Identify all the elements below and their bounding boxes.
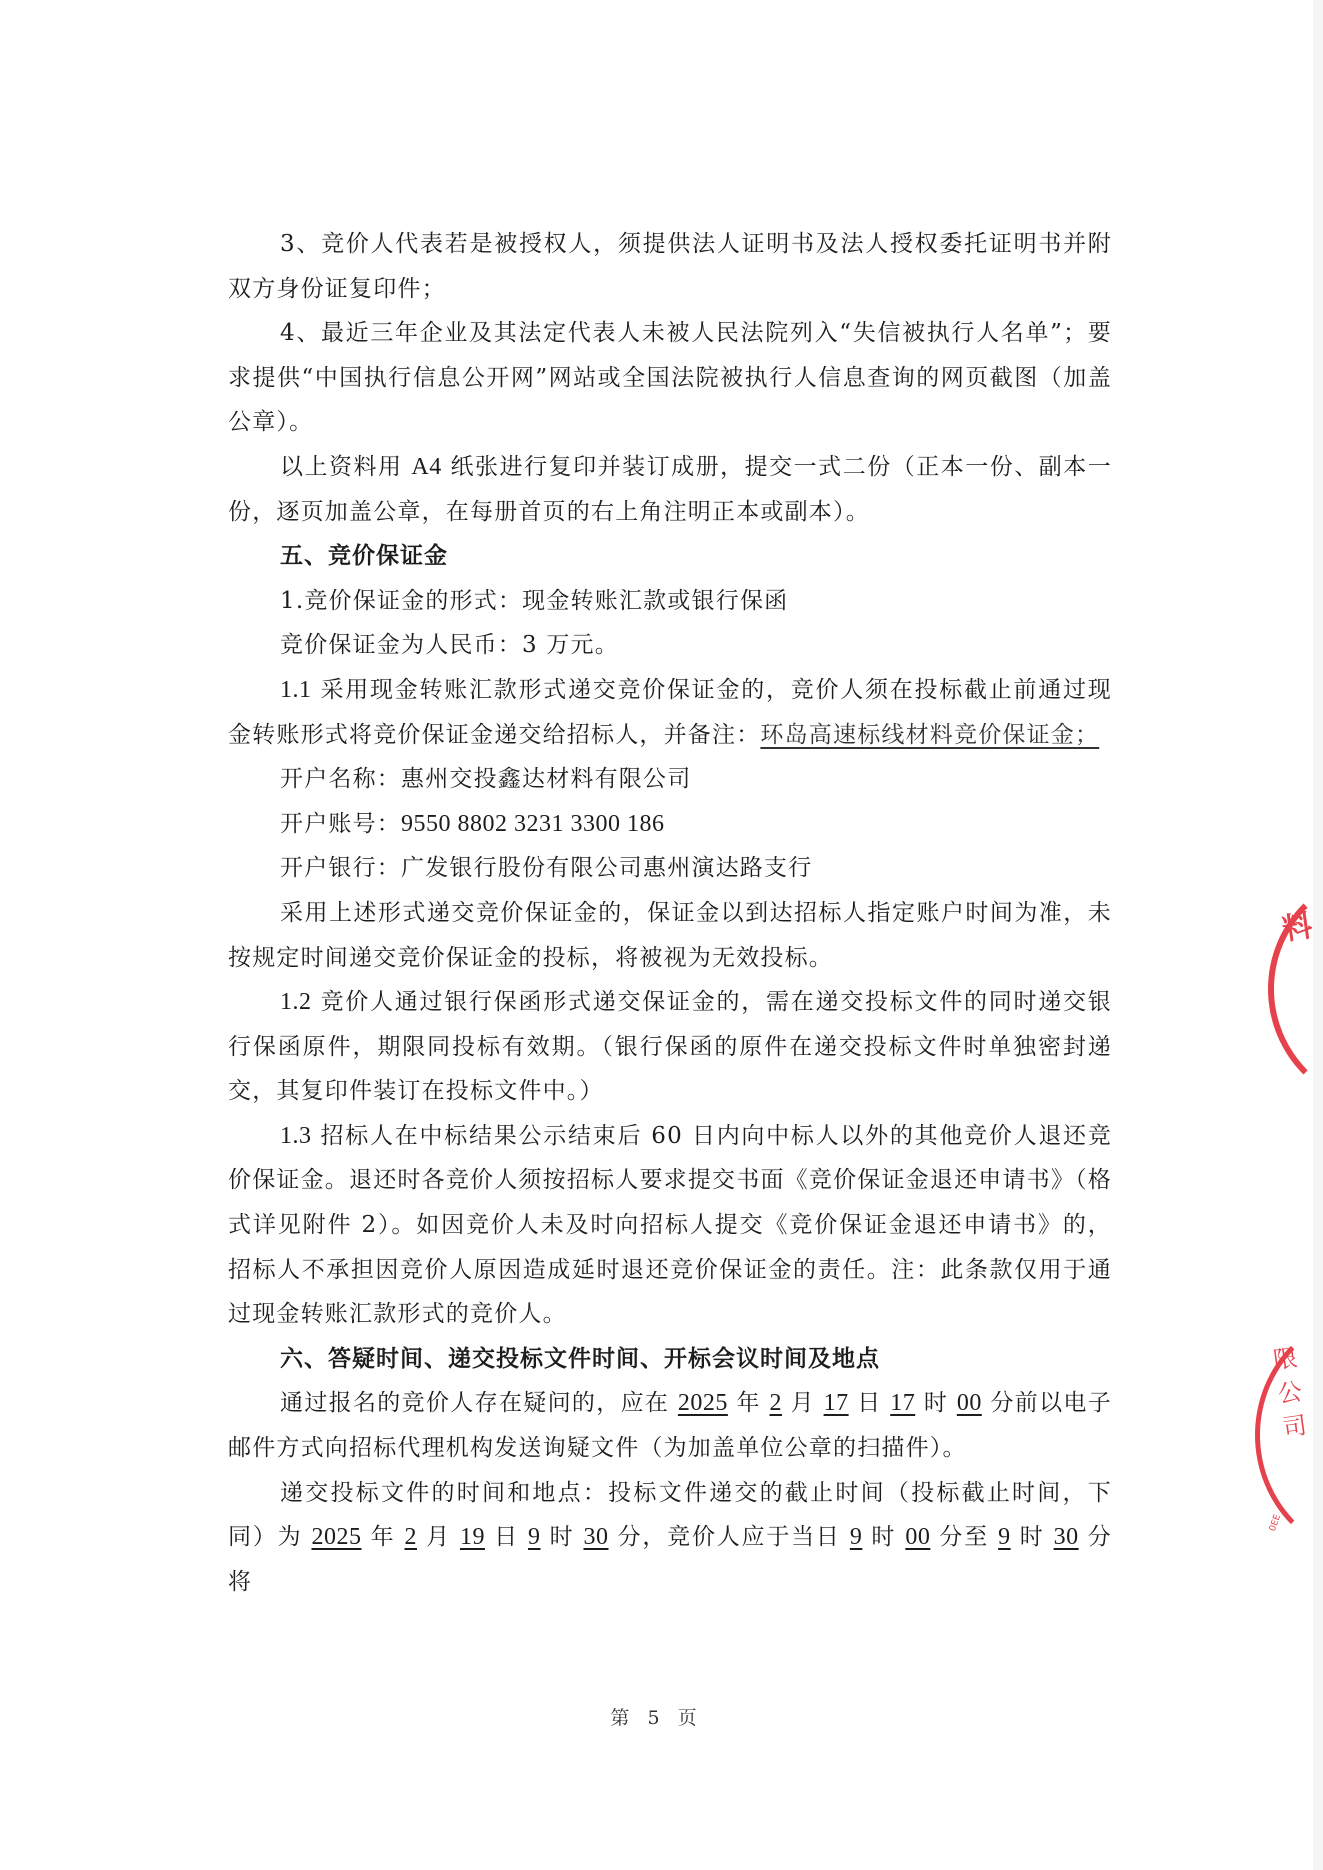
company-seal-stamp-2: 限公司 0EE — [1245, 1310, 1313, 1550]
company-seal-stamp: 交投鑫达材料 — [1262, 868, 1313, 1098]
query-day: 17 — [824, 1390, 849, 1416]
account-name: 开户名称：惠州交投鑫达材料有限公司 — [228, 757, 1112, 802]
paper-size: A4 — [411, 454, 441, 480]
query-year: 2025 — [678, 1390, 728, 1416]
submission-hour: 9 — [528, 1524, 541, 1550]
submission-minute: 30 — [583, 1524, 608, 1550]
submission-time: 递交投标文件的时间和地点：投标文件递交的截止时间（投标截止时间，下同）为 202… — [228, 1471, 1112, 1605]
query-minute: 00 — [957, 1390, 982, 1416]
section-5-heading: 五、竞价保证金 — [228, 534, 1112, 579]
clause-1-3: 1.3 招标人在中标结果公示结束后 60 日内向中标人以外的其他竞价人退还竞价保… — [228, 1114, 1112, 1337]
submission-year: 2025 — [311, 1524, 361, 1550]
document-page: 3、竞价人代表若是被授权人，须提供法人证明书及法人授权委托证明书并附双方身份证复… — [0, 0, 1313, 1870]
submission-month: 2 — [404, 1524, 417, 1550]
copies-note: 以上资料用 A4 纸张进行复印并装订成册，提交一式二份（正本一份、副本一份，逐页… — [228, 445, 1112, 534]
clause-1-1: 1.1 采用现金转账汇款形式递交竞价保证金的，竞价人须在投标截止前通过现金转账形… — [228, 668, 1112, 757]
query-deadline: 通过报名的竞价人存在疑问的，应在 2025 年 2 月 17 日 17 时 00… — [228, 1381, 1112, 1470]
page-number: 第 5 页 — [0, 1703, 1313, 1730]
requirement-item-4: 4、最近三年企业及其法定代表人未被人民法院列入“失信被执行人名单”；要求提供“中… — [228, 311, 1112, 445]
query-month: 2 — [769, 1390, 782, 1416]
deposit-amount: 竞价保证金为人民币：3 万元。 — [228, 623, 1112, 668]
window-from-minute: 00 — [905, 1524, 930, 1550]
seal-code: 0EE — [1268, 1513, 1283, 1532]
window-to-hour: 9 — [998, 1524, 1011, 1550]
section-6-heading: 六、答疑时间、递交投标文件时间、开标会议时间及地点 — [228, 1337, 1112, 1382]
payment-remark: 环岛高速标线材料竞价保证金； — [760, 722, 1099, 748]
query-hour: 17 — [890, 1390, 915, 1416]
window-to-minute: 30 — [1054, 1524, 1079, 1550]
submission-day: 19 — [460, 1524, 485, 1550]
account-number: 开户账号：9550 8802 3231 3300 186 — [228, 802, 1112, 847]
deposit-form: 1.竞价保证金的形式：现金转账汇款或银行保函 — [228, 579, 1112, 624]
clause-1-2: 1.2 竞价人通过银行保函形式递交保证金的，需在递交投标文件的同时递交银行保函原… — [228, 980, 1112, 1114]
account-bank: 开户银行：广发银行股份有限公司惠州演达路支行 — [228, 846, 1112, 891]
requirement-item-3: 3、竞价人代表若是被授权人，须提供法人证明书及法人授权委托证明书并附双方身份证复… — [228, 222, 1112, 311]
window-from-hour: 9 — [850, 1524, 863, 1550]
arrival-note: 采用上述形式递交竞价保证金的，保证金以到达招标人指定账户时间为准，未按规定时间递… — [228, 891, 1112, 980]
document-body: 3、竞价人代表若是被授权人，须提供法人证明书及法人授权委托证明书并附双方身份证复… — [228, 222, 1112, 1604]
